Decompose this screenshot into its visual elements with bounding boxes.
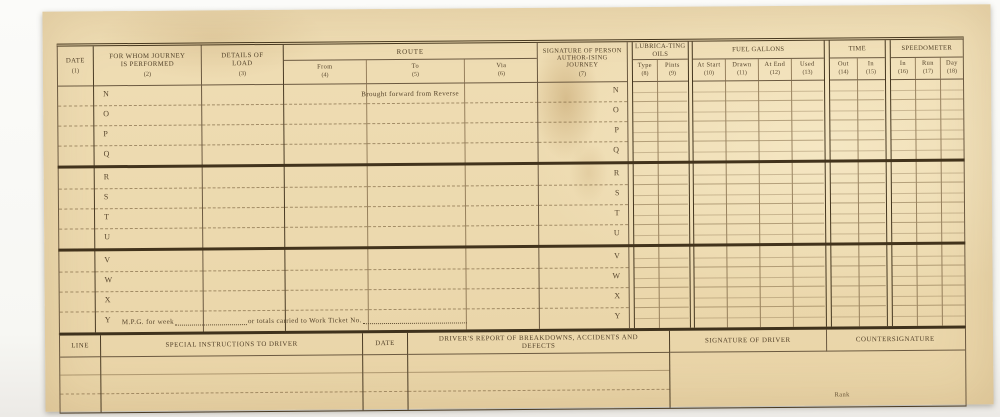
entry-cell xyxy=(633,122,657,142)
entry-cell xyxy=(285,187,367,208)
drivers-report-header: DRIVER'S REPORT OF BREAKDOWNS, ACCIDENTS… xyxy=(408,331,669,355)
entry-cell xyxy=(634,225,658,245)
row-letter: Q xyxy=(613,145,619,154)
entry-cell xyxy=(726,121,758,141)
half-row-rule xyxy=(858,100,884,111)
details-header: DETAILS OF LOAD (3) xyxy=(202,45,283,86)
half-row-rule xyxy=(917,183,941,194)
entry-cell: W xyxy=(539,268,628,289)
half-row-rule xyxy=(859,246,885,257)
half-row-rule xyxy=(793,247,824,258)
rank-label: Rank xyxy=(834,391,849,398)
half-row-rule xyxy=(943,305,965,316)
entry-cell xyxy=(759,101,791,121)
half-row-rule xyxy=(727,204,759,215)
half-row-rule xyxy=(760,164,792,175)
row-letter: V xyxy=(104,255,110,264)
entry-cell xyxy=(659,268,688,288)
signatures-header: SIGNATURE OF DRIVER COUNTERSIGNATURE xyxy=(670,328,965,352)
entry-cell xyxy=(465,123,538,144)
entry-cell xyxy=(916,100,940,120)
entry-cell xyxy=(728,307,760,327)
fuel-gallons-label: FUEL GALLONS xyxy=(693,41,824,60)
half-row-rule xyxy=(658,102,687,113)
time-out-body xyxy=(830,80,859,326)
half-row-rule xyxy=(942,222,964,233)
half-row-rule xyxy=(917,246,941,257)
half-row-rule xyxy=(891,140,915,151)
entry-cell xyxy=(832,306,859,326)
entry-cell: R xyxy=(539,165,628,186)
entry-cell xyxy=(59,229,94,249)
entry-cell xyxy=(761,287,793,307)
row-letter: Y xyxy=(615,311,621,320)
half-row-rule xyxy=(726,101,758,112)
entry-cell xyxy=(59,209,94,229)
entry-cell xyxy=(793,224,824,244)
entry-cell xyxy=(943,285,965,305)
row-letter: U xyxy=(614,228,620,237)
half-row-rule xyxy=(634,225,658,236)
half-row-rule xyxy=(831,203,858,214)
half-row-rule xyxy=(760,184,792,195)
entry-cell xyxy=(466,226,539,247)
entry-cell xyxy=(368,249,465,270)
entry-cell xyxy=(832,286,859,306)
entry-cell xyxy=(466,269,539,290)
row-letter: Q xyxy=(104,149,110,158)
half-row-rule xyxy=(694,204,726,215)
entry-cell xyxy=(202,85,283,106)
half-row-rule xyxy=(727,164,759,175)
half-row-rule xyxy=(659,268,688,279)
half-row-rule xyxy=(860,286,886,297)
entry-cell xyxy=(466,206,539,227)
entry-cell xyxy=(659,205,688,225)
entry-cell xyxy=(942,182,964,202)
row-letter: O xyxy=(613,105,619,114)
row-letter: V xyxy=(614,251,620,260)
signature-header-divider xyxy=(826,330,827,352)
column-details-of-load: DETAILS OF LOAD (3) xyxy=(201,45,285,332)
half-row-rule xyxy=(634,165,658,176)
entry-cell: R xyxy=(95,168,202,189)
entry-cell xyxy=(792,141,823,161)
authorising-signature-label: SIGNATURE OF PERSON AUTHOR-ISING JOURNEY xyxy=(541,47,623,69)
half-row-rule xyxy=(892,246,916,257)
fuel-at-start-body xyxy=(693,81,727,327)
entry-cell xyxy=(831,246,858,266)
fuel-used-header: Used (13) xyxy=(791,59,823,80)
half-row-rule xyxy=(942,265,964,276)
half-row-rule xyxy=(660,288,689,299)
row-letter: X xyxy=(105,295,111,304)
row-letter: X xyxy=(614,291,620,300)
half-row-rule xyxy=(916,140,940,151)
entry-cell xyxy=(367,83,464,104)
entry-cell xyxy=(658,102,687,122)
half-row-rule xyxy=(891,100,915,111)
entry-cell xyxy=(859,223,885,243)
for-whom-header: FOR WHOM JOURNEY IS PERFORMED (2) xyxy=(94,45,201,86)
entry-cell xyxy=(60,292,95,312)
for-whom-body: NOPQRSTUVWXY xyxy=(94,85,203,332)
half-row-rule xyxy=(659,205,688,216)
entry-cell xyxy=(917,183,941,203)
entry-cell xyxy=(831,266,858,286)
entry-cell: U xyxy=(95,228,202,249)
entry-cell xyxy=(368,186,465,207)
half-row-rule xyxy=(726,81,758,92)
entry-cell xyxy=(917,163,941,183)
half-row-rule xyxy=(693,141,725,152)
line-rows xyxy=(60,357,100,411)
half-row-rule xyxy=(695,287,727,298)
half-row-rule xyxy=(726,141,758,152)
half-row-rule xyxy=(793,164,824,175)
half-row-rule xyxy=(761,287,793,298)
half-row-rule xyxy=(633,142,657,153)
entry-cell xyxy=(694,267,726,287)
entry-cell xyxy=(891,120,915,140)
entry-cell xyxy=(860,286,886,306)
entry-cell xyxy=(942,245,964,265)
entry-cell xyxy=(942,265,964,285)
entry-cell xyxy=(726,101,758,121)
half-row-rule xyxy=(727,184,759,195)
entry-cell xyxy=(634,268,658,288)
entry-cell: X xyxy=(96,291,203,312)
entry-cell xyxy=(760,224,792,244)
half-row-rule xyxy=(728,307,760,318)
half-row-rule xyxy=(760,204,792,215)
row-letter: O xyxy=(103,109,109,118)
half-row-rule xyxy=(695,307,727,318)
entry-cell xyxy=(203,228,284,249)
entry-cell xyxy=(941,139,963,159)
entry-cell: X xyxy=(540,288,629,309)
entry-cell xyxy=(728,287,760,307)
entry-cell xyxy=(892,183,916,203)
entry-cell xyxy=(759,141,791,161)
entry-cell xyxy=(727,267,759,287)
entry-cell xyxy=(892,223,916,243)
entry-cell xyxy=(727,204,759,224)
entry-cell xyxy=(943,305,965,325)
column-signatures: SIGNATURE OF DRIVER COUNTERSIGNATURE Ran… xyxy=(669,328,966,407)
details-body xyxy=(202,85,285,332)
drivers-report-rows xyxy=(408,353,669,409)
half-row-rule xyxy=(831,183,858,194)
half-row-rule xyxy=(831,223,858,234)
half-row-rule xyxy=(893,306,917,317)
entry-cell xyxy=(859,246,885,266)
entry-cell xyxy=(793,267,824,287)
report-date-header: DATE xyxy=(363,333,407,355)
entry-cell xyxy=(917,223,941,243)
half-row-rule xyxy=(830,140,857,151)
entry-cell xyxy=(633,102,657,122)
oil-pints-header: Pints (9) xyxy=(657,60,687,81)
half-row-rule xyxy=(633,122,657,133)
entry-cell xyxy=(203,271,284,292)
half-row-rule xyxy=(658,122,687,133)
half-row-rule xyxy=(634,248,658,259)
entry-cell xyxy=(368,166,465,187)
row-letter: Y xyxy=(105,315,111,324)
date-body xyxy=(58,86,95,332)
entry-cell xyxy=(466,249,539,270)
half-row-rule xyxy=(892,223,916,234)
half-row-rule xyxy=(860,306,886,317)
half-row-rule xyxy=(727,267,759,278)
entry-cell xyxy=(892,163,916,183)
entry-cell xyxy=(369,309,466,330)
half-row-rule xyxy=(859,183,885,194)
half-row-rule xyxy=(658,142,687,153)
route-to-body xyxy=(366,83,466,330)
route-from-header: From (4) xyxy=(284,60,366,84)
entry-cell xyxy=(693,81,725,101)
entry-cell xyxy=(695,307,727,327)
entry-cell xyxy=(891,140,915,160)
entry-cell xyxy=(693,101,725,121)
half-row-rule xyxy=(634,205,658,216)
entry-row xyxy=(60,357,100,376)
entry-cell xyxy=(367,143,464,164)
speedometer-in-header: In (16) xyxy=(891,58,915,79)
route-body xyxy=(284,83,539,331)
entry-cell xyxy=(760,164,792,184)
entry-cell xyxy=(694,164,726,184)
authorising-signature-col-number: (7) xyxy=(579,70,586,77)
entry-cell: N xyxy=(538,82,627,103)
special-instructions-rows xyxy=(101,355,362,411)
line-header: LINE xyxy=(60,335,100,357)
row-letter: R xyxy=(614,168,620,177)
half-row-rule xyxy=(793,184,824,195)
entry-cell xyxy=(284,84,366,105)
route-subheaders: From (4) To (5) Via (6) xyxy=(284,59,537,85)
entry-cell xyxy=(793,164,824,184)
half-row-rule xyxy=(727,224,759,235)
entry-cell xyxy=(859,163,885,183)
entry-cell xyxy=(793,184,824,204)
date-label: DATE xyxy=(66,58,85,66)
entry-cell xyxy=(467,289,540,310)
entry-cell xyxy=(204,311,285,332)
half-row-rule xyxy=(794,287,825,298)
entry-cell xyxy=(831,163,858,183)
entry-cell xyxy=(859,183,885,203)
entry-cell xyxy=(760,247,792,267)
entry-cell xyxy=(858,140,884,160)
entry-cell xyxy=(693,121,725,141)
speedometer-label: SPEEDOMETER xyxy=(891,40,963,59)
time-body xyxy=(830,80,887,326)
entry-cell xyxy=(830,100,857,120)
entry-cell: P xyxy=(94,125,201,146)
half-row-rule xyxy=(891,80,915,91)
entry-cell xyxy=(860,306,886,326)
entry-cell xyxy=(635,308,659,328)
entry-row xyxy=(408,371,669,391)
half-row-rule xyxy=(918,286,942,297)
entry-cell xyxy=(634,248,658,268)
fuel-drawn-header: Drawn (11) xyxy=(725,59,758,80)
entry-cell xyxy=(831,203,858,223)
driver-signature-label: SIGNATURE OF DRIVER xyxy=(670,336,826,345)
fuel-used-body xyxy=(791,81,825,327)
entry-cell xyxy=(892,203,916,223)
oil-type-header: Type (8) xyxy=(633,60,657,81)
entry-cell xyxy=(893,286,917,306)
entry-cell xyxy=(635,288,659,308)
entry-cell xyxy=(368,269,465,290)
time-subheaders: Out (14) In (15) xyxy=(830,58,885,80)
entry-row xyxy=(363,373,407,392)
entry-cell: S xyxy=(539,185,628,206)
half-row-rule xyxy=(942,162,964,173)
entry-cell xyxy=(727,164,759,184)
column-special-instructions: SPECIAL INSTRUCTIONS TO DRIVER xyxy=(100,333,363,412)
entry-cell xyxy=(892,266,916,286)
entry-cell: O xyxy=(538,102,627,123)
column-report-date: DATE xyxy=(362,333,408,410)
entry-cell xyxy=(858,80,884,100)
entry-cell xyxy=(858,120,884,140)
half-row-rule xyxy=(693,81,725,92)
entry-cell: W xyxy=(95,271,202,292)
route-from-body xyxy=(284,84,368,331)
entry-cell: P xyxy=(538,122,627,143)
entry-row xyxy=(60,394,100,412)
half-row-rule xyxy=(831,246,858,257)
half-row-rule xyxy=(792,141,823,152)
half-row-rule xyxy=(858,120,884,131)
authorising-signature-body: NOPQRSTUVWXY xyxy=(538,82,629,329)
half-row-rule xyxy=(760,267,792,278)
journey-log-table: DATE (1) FOR WHOM JOURNEY IS PERFORMED (… xyxy=(57,36,966,334)
half-row-rule xyxy=(942,202,964,213)
entry-cell: Q xyxy=(538,142,627,163)
entry-cell xyxy=(368,226,465,247)
entry-cell xyxy=(467,309,540,330)
half-row-rule xyxy=(943,285,965,296)
half-row-rule xyxy=(916,80,940,91)
entry-cell xyxy=(659,248,688,268)
entry-cell xyxy=(465,83,538,104)
details-col-number: (3) xyxy=(239,70,246,77)
entry-cell xyxy=(916,140,940,160)
half-row-rule xyxy=(693,121,725,132)
row-letter: N xyxy=(103,89,109,98)
entry-cell xyxy=(694,247,726,267)
half-row-rule xyxy=(659,248,688,259)
entry-cell xyxy=(891,100,915,120)
half-row-rule xyxy=(941,80,963,91)
entry-row xyxy=(101,392,362,411)
entry-cell xyxy=(367,103,464,124)
half-row-rule xyxy=(760,224,792,235)
half-row-rule xyxy=(892,203,916,214)
entry-cell xyxy=(918,286,942,306)
entry-cell xyxy=(658,82,687,102)
route-via-body xyxy=(464,83,540,330)
entry-cell xyxy=(792,101,823,121)
fuel-body xyxy=(693,81,826,328)
entry-cell xyxy=(465,103,538,124)
half-row-rule xyxy=(793,267,824,278)
entry-cell xyxy=(695,287,727,307)
half-row-rule xyxy=(793,204,824,215)
entry-cell xyxy=(465,143,538,164)
time-in-body xyxy=(857,80,886,326)
half-row-rule xyxy=(941,100,963,111)
entry-cell xyxy=(761,307,793,327)
entry-cell: Q xyxy=(95,145,202,166)
entry-cell xyxy=(633,82,657,102)
fuel-subheaders: At Start (10) Drawn (11) At End (12) Use… xyxy=(693,59,824,82)
entry-cell xyxy=(793,204,824,224)
entry-row xyxy=(101,374,362,394)
entry-cell xyxy=(830,120,857,140)
entry-cell: Y xyxy=(540,308,629,329)
half-row-rule xyxy=(792,101,823,112)
entry-cell xyxy=(792,121,823,141)
entry-cell xyxy=(203,251,284,272)
half-row-rule xyxy=(858,140,884,151)
for-whom-label: FOR WHOM JOURNEY IS PERFORMED xyxy=(105,53,189,69)
half-row-rule xyxy=(830,120,857,131)
entry-cell xyxy=(60,312,95,332)
entry-cell xyxy=(202,125,283,146)
countersignature-label: COUNTERSIGNATURE xyxy=(825,335,965,344)
row-letter: P xyxy=(103,129,108,138)
half-row-rule xyxy=(693,101,725,112)
lubricating-oils-label: LUBRICA-TING OILS xyxy=(633,42,688,60)
half-row-rule xyxy=(893,286,917,297)
entry-cell xyxy=(726,141,758,161)
entry-cell xyxy=(59,169,94,189)
entry-cell xyxy=(369,289,466,310)
time-out-header: Out (14) xyxy=(830,58,857,79)
entry-cell xyxy=(916,120,940,140)
entry-row xyxy=(363,392,407,410)
entry-cell xyxy=(658,122,687,142)
half-row-rule xyxy=(942,245,964,256)
row-letter: P xyxy=(614,125,619,134)
entry-cell xyxy=(830,140,857,160)
entry-cell xyxy=(203,188,284,209)
row-letter: U xyxy=(104,232,110,241)
entry-cell xyxy=(285,227,367,248)
half-row-rule xyxy=(917,223,941,234)
entry-cell xyxy=(694,184,726,204)
column-line: LINE xyxy=(60,335,101,412)
entry-cell xyxy=(892,246,916,266)
entry-cell xyxy=(727,247,759,267)
entry-cell xyxy=(893,306,917,326)
entry-cell xyxy=(760,184,792,204)
row-letter: R xyxy=(104,172,110,181)
entry-cell xyxy=(726,81,758,101)
entry-cell xyxy=(660,288,689,308)
half-row-rule xyxy=(892,183,916,194)
half-row-rule xyxy=(792,121,823,132)
page: { "colors": { "paper": "#ecd9ae", "ink":… xyxy=(0,0,1000,417)
time-in-header: In (15) xyxy=(857,58,884,79)
